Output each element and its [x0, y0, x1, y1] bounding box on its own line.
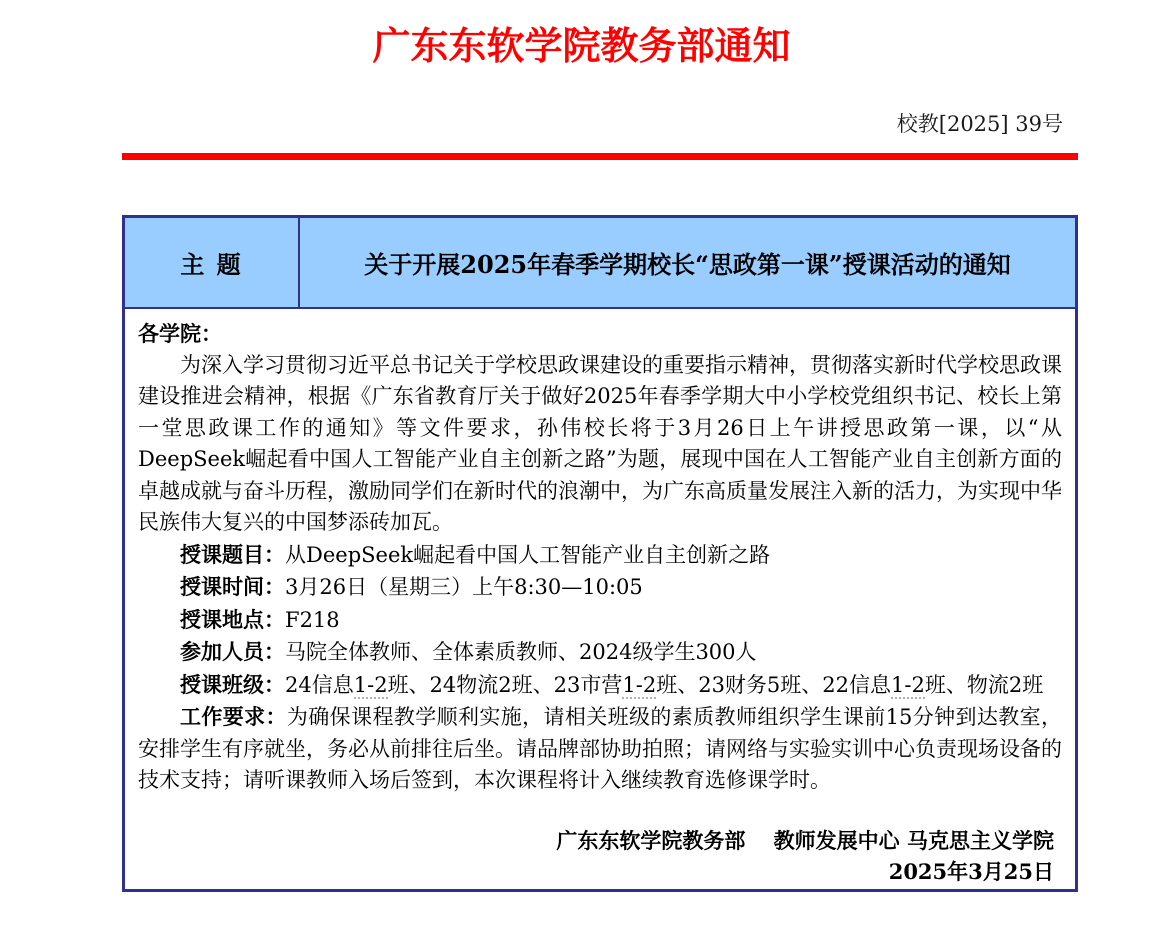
table-header-row: 主 题 关于开展2025年春季学期校长“思政第一课”授课活动的通知 — [125, 218, 1075, 309]
notice-body-cell: 各学院： 为深入学习贯彻习近平总书记关于学校思政课建设的重要指示精神，贯彻落实新… — [125, 309, 1075, 889]
detail-topic-label: 授课题目： — [180, 542, 285, 567]
detail-topic-value: 从DeepSeek崛起看中国人工智能产业自主创新之路 — [285, 543, 770, 567]
notice-table: 主 题 关于开展2025年春季学期校长“思政第一课”授课活动的通知 各学院： 为… — [122, 215, 1078, 892]
signature-block: 广东东软学院教务部 教师发展中心 马克思主义学院 2025年3月25日 — [138, 825, 1062, 888]
page-title: 广东东软学院教务部通知 — [0, 0, 1163, 70]
notice-page: 广东东软学院教务部通知 校教[2025] 39号 主 题 关于开展2025年春季… — [0, 0, 1163, 947]
detail-topic: 授课题目：从DeepSeek崛起看中国人工智能产业自主创新之路 — [138, 539, 1062, 572]
document-number: 校教[2025] 39号 — [122, 110, 1078, 138]
document-body-container: 校教[2025] 39号 主 题 关于开展2025年春季学期校长“思政第一课”授… — [122, 110, 1078, 892]
class-list-value: 24信息1-2班、24物流2班、23市营1-2班、23财务5班、22信息1-2班… — [285, 673, 1043, 699]
detail-requirements-label: 工作要求： — [180, 704, 287, 729]
detail-participants-value: 马院全体教师、全体素质教师、2024级学生300人 — [285, 640, 757, 664]
detail-classes-label: 授课班级： — [180, 672, 285, 697]
signature-date: 2025年3月25日 — [138, 856, 1054, 888]
detail-classes: 授课班级：24信息1-2班、24物流2班、23市营1-2班、23财务5班、22信… — [138, 669, 1062, 702]
salutation: 各学院： — [138, 318, 1062, 350]
subject-label-cell: 主 题 — [125, 218, 300, 307]
detail-requirements: 工作要求：为确保课程教学顺利实施，请相关班级的素质教师组织学生课前15分钟到达教… — [138, 701, 1062, 797]
detail-location-label: 授课地点： — [180, 607, 285, 632]
intro-paragraph: 为深入学习贯彻习近平总书记关于学校思政课建设的重要指示精神，贯彻落实新时代学校思… — [138, 350, 1062, 539]
detail-location: 授课地点：F218 — [138, 604, 1062, 637]
detail-location-value: F218 — [285, 608, 340, 632]
subject-title-cell: 关于开展2025年春季学期校长“思政第一课”授课活动的通知 — [300, 218, 1075, 307]
detail-participants-label: 参加人员： — [180, 639, 285, 664]
detail-participants: 参加人员：马院全体教师、全体素质教师、2024级学生300人 — [138, 636, 1062, 669]
red-divider-rule — [122, 153, 1078, 160]
detail-time-label: 授课时间： — [180, 574, 285, 599]
detail-time: 授课时间：3月26日（星期三）上午8:30—10:05 — [138, 571, 1062, 604]
detail-time-value: 3月26日（星期三）上午8:30—10:05 — [285, 575, 643, 599]
signature-departments: 广东东软学院教务部 教师发展中心 马克思主义学院 — [138, 825, 1054, 857]
